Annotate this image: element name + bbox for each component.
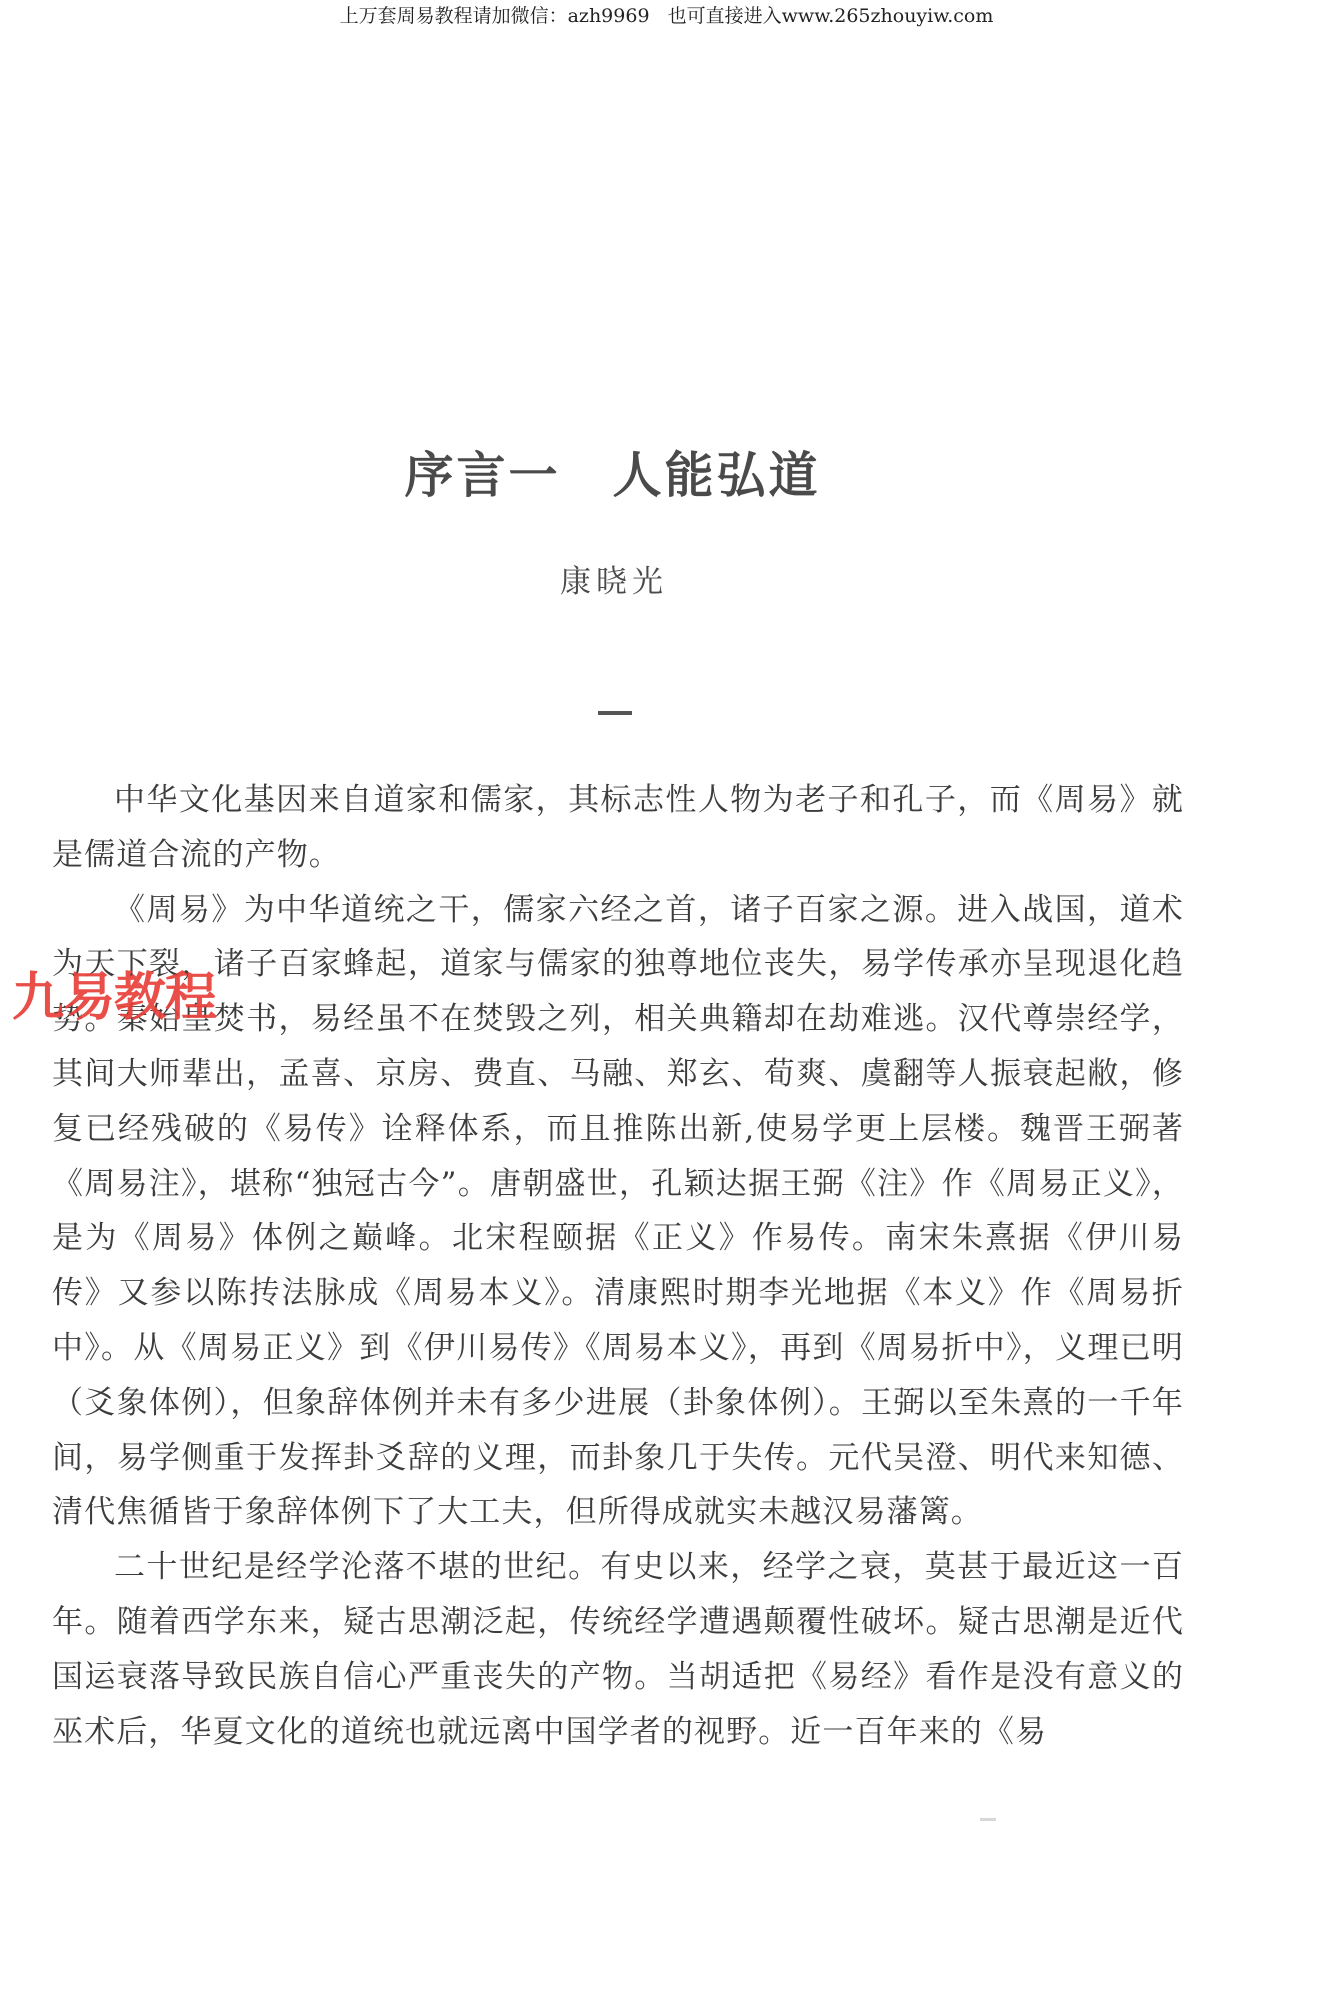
watermark-logo: 九易教程: [12, 968, 216, 1028]
chapter-title: 序言一人能弘道: [0, 440, 1225, 510]
banner-text-2: 也可直接进入: [650, 5, 782, 27]
section-number-one: [598, 711, 632, 715]
body-text: 中华文化基因来自道家和儒家，其标志性人物为老子和孔子，而《周易》就是儒道合流的产…: [52, 773, 1184, 1759]
paragraph: 中华文化基因来自道家和儒家，其标志性人物为老子和孔子，而《周易》就是儒道合流的产…: [52, 773, 1184, 883]
paragraph: 二十世纪是经学沦落不堪的世纪。有史以来，经学之衰，莫甚于最近这一百年。随着西学东…: [52, 1540, 1184, 1759]
title-preface-label: 序言一: [404, 446, 560, 504]
scan-speck: [980, 1818, 996, 1821]
author-name: 康晓光: [0, 560, 1228, 604]
title-main: 人能弘道: [613, 446, 821, 504]
banner-wechat-id: azh9969: [568, 5, 650, 27]
promo-banner: 上万套周易教程请加微信：azh9969 也可直接进入www.265zhouyiw…: [0, 3, 1333, 29]
banner-url: www.265zhouyiw.com: [782, 5, 994, 27]
banner-text: 上万套周易教程请加微信：: [340, 5, 568, 27]
paragraph: 《周易》为中华道统之干，儒家六经之首，诸子百家之源。进入战国，道术为天下裂，诸子…: [52, 883, 1184, 1541]
